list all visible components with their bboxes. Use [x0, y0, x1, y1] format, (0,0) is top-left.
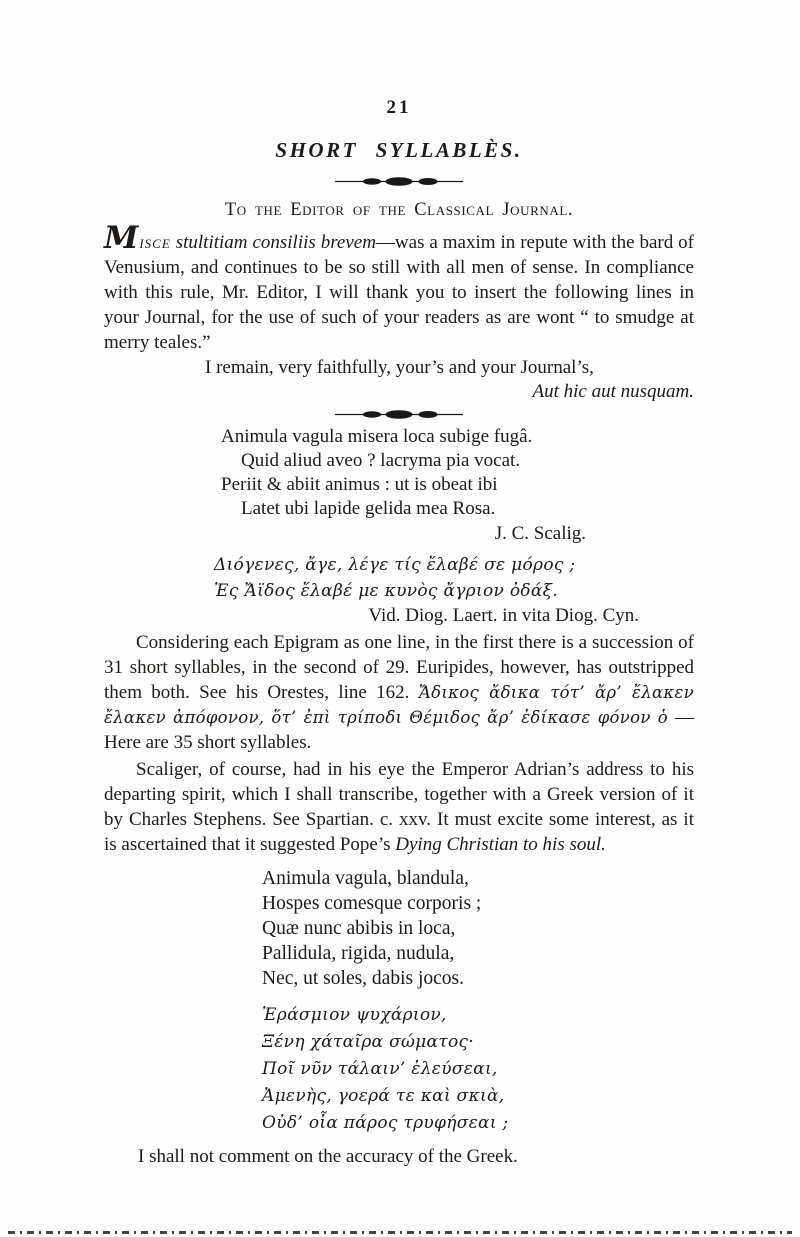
pope-title-italic: Dying Christian to his soul. — [395, 834, 606, 855]
greek-line: Οὐδ’ οἷα πάρος τρυφήσεαι ; — [262, 1110, 694, 1137]
poem-line: Animula vagula misera loca subige fugâ. — [221, 425, 694, 449]
stephens-greek-poem: Ἐράσμιον ψυχάριον, Ξένη χάταῖρα σώματος·… — [262, 1002, 694, 1137]
article-title: SHORT SYLLABLÈS. — [104, 138, 694, 163]
poem-line: Nec, ut soles, dabis jocos. — [262, 966, 694, 991]
poem-line: Animula vagula, blandula, — [262, 866, 694, 891]
poem-line: Latet ubi lapide gelida mea Rosa. — [241, 497, 694, 521]
greek-line: Ἀμενὴς, γοερά τε καὶ σκιὰ, — [262, 1083, 694, 1110]
intro-paragraph: Misce stultitiam consiliis brevem—was a … — [104, 230, 694, 355]
considering-paragraph: Considering each Epigram as one line, in… — [104, 630, 694, 755]
poem-line: Quæ nunc abibis in loca, — [262, 916, 694, 941]
scaliger-paragraph: Scaliger, of course, had in his eye the … — [104, 757, 694, 857]
poem-line: Periit & abiit animus : ut is obeat ibi — [221, 473, 694, 497]
salutation-line: To the Editor of the Classical Journal. — [104, 199, 694, 221]
greek-line: Διόγενες, ἄγε, λέγε τίς ἔλαβέ σε μόρος ; — [214, 552, 694, 578]
greek-line: Ξένη χάταῖρα σώματος· — [262, 1029, 694, 1056]
signoff-line: I remain, very faithfully, your’s and yo… — [205, 355, 694, 380]
poem-line: Hospes comesque corporis ; — [262, 891, 694, 916]
signoff-motto: Aut hic aut nusquam. — [104, 380, 694, 403]
epigram-attribution: J. C. Scalig. — [495, 522, 586, 545]
closing-line: I shall not comment on the accuracy of t… — [138, 1144, 694, 1169]
ornament-divider — [335, 409, 463, 420]
intro-smallcaps: isce — [139, 232, 170, 253]
adrian-latin-poem: Animula vagula, blandula, Hospes comesqu… — [262, 866, 694, 991]
poem-line: Pallidula, rigida, nudula, — [262, 941, 694, 966]
scaliger-epigram: Animula vagula misera loca subige fugâ. … — [221, 425, 694, 521]
greek-line: Ἐς Ἄϊδος ἔλαβέ με κυνὸς ἄγριον ὀδάξ. — [214, 578, 694, 604]
scanned-journal-page: 21 SHORT SYLLABLÈS. To the Editor of the… — [0, 0, 800, 1237]
intro-latin-phrase: stultitiam consiliis brevem — [171, 232, 376, 253]
drop-cap-initial: M — [104, 220, 139, 256]
greek-line: Ἐράσμιον ψυχάριον, — [262, 1002, 694, 1029]
poem-line: Quid aliud aveo ? lacryma pia vocat. — [241, 449, 694, 473]
greek-line: Ποῖ νῦν τάλαιν’ ἐλεύσεαι, — [262, 1056, 694, 1083]
scan-cutoff-artifact — [8, 1231, 792, 1234]
page-number: 21 — [104, 97, 694, 119]
diogenes-citation: Vid. Diog. Laert. in vita Diog. Cyn. — [368, 604, 639, 628]
diogenes-epigram-greek: Διόγενες, ἄγε, λέγε τίς ἔλαβέ σε μόρος ;… — [214, 552, 694, 604]
ornament-divider — [335, 176, 463, 187]
